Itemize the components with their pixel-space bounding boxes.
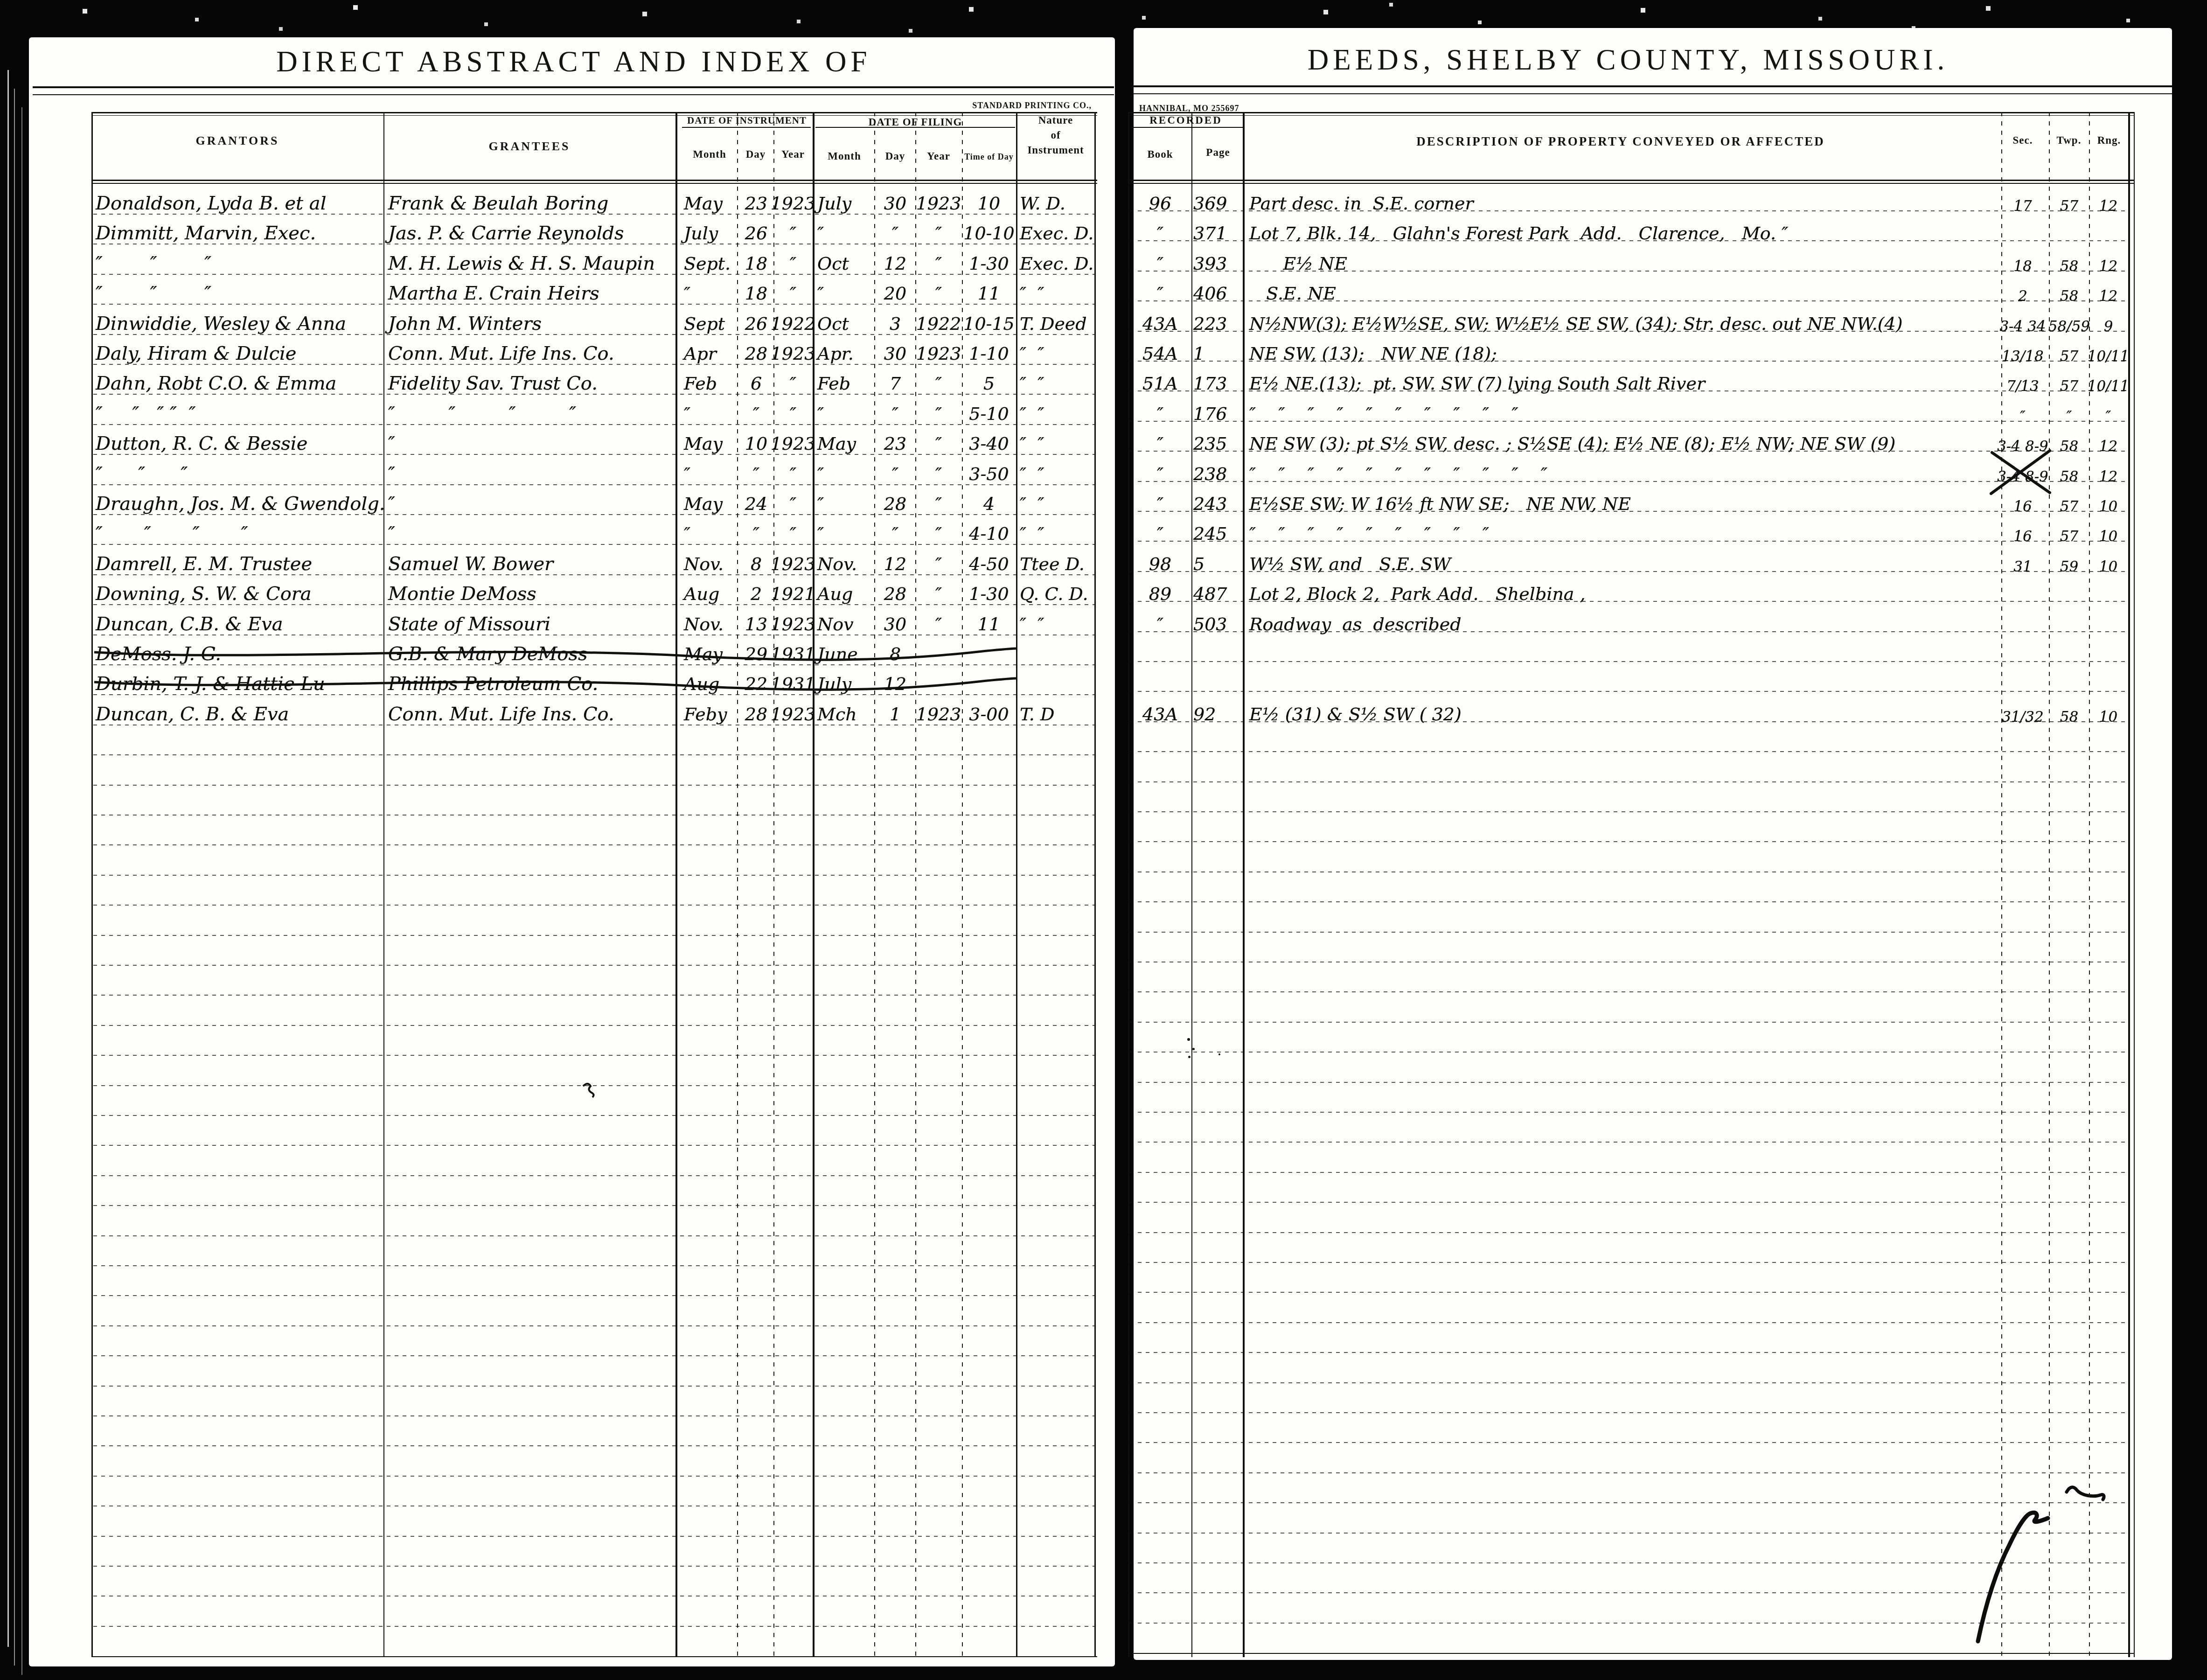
ledger-cell-nature: ″ ″ <box>1020 454 1093 486</box>
row-rule-dashed <box>1130 1262 2126 1263</box>
ledger-cell-grantors: Duncan, C. B. & Eva <box>96 695 382 726</box>
col-header-recorded: RECORDED <box>1129 114 1243 127</box>
ledger-cell-inst_day: 2 <box>739 574 773 606</box>
ledger-cell-file_month: Nov <box>817 605 873 636</box>
ledger-cell-inst_year: 1923 <box>774 334 812 366</box>
ledger-cell-file_month: ″ <box>817 514 873 546</box>
ledger-cell-inst_month: May <box>684 184 737 216</box>
ledger-cell-file_month: Oct <box>817 244 873 276</box>
col-header-nature-line3: Instrument <box>1017 144 1094 157</box>
ledger-cell-grantees: Conn. Mut. Life Ins. Co. <box>388 695 675 726</box>
ledger-cell-nature: Exec. D. <box>1020 244 1093 276</box>
row-rule-dashed <box>93 1596 1095 1596</box>
ledger-cell-time: 10-10 <box>963 214 1015 245</box>
ledger-cell-file_month: Mch <box>817 695 873 726</box>
ledger-cell-file_day: 1 <box>875 695 915 726</box>
column-divider-line <box>737 112 738 1657</box>
ledger-book-spread: DIRECT ABSTRACT AND INDEX OF DEEDS, SHEL… <box>0 0 2207 1680</box>
ledger-cell-file_year: ″ <box>916 214 961 245</box>
row-rule-dashed <box>93 1476 1095 1477</box>
row-rule-dashed <box>93 1145 1095 1146</box>
row-rule-dashed <box>1130 1352 2126 1353</box>
ledger-cell-rng: 12 <box>2089 274 2127 306</box>
ledger-cell-desc: E½ (31) & S½ SW ( 32) <box>1249 695 1994 726</box>
ledger-cell-grantees: Frank & Beulah Boring <box>388 184 675 216</box>
table-rule-line <box>1134 93 2172 94</box>
ledger-cell-page: 487 <box>1193 574 1244 606</box>
ledger-cell-grantees: Martha E. Crain Heirs <box>388 274 675 306</box>
ledger-cell-file_year: 1923 <box>916 184 961 216</box>
ledger-cell-book: 98 <box>1130 544 1191 576</box>
ledger-cell-file_day: ″ <box>875 514 915 546</box>
ledger-cell-page: 238 <box>1193 454 1244 486</box>
ledger-cell-page: 176 <box>1193 394 1244 426</box>
col-header-nature-line1: Nature <box>1017 114 1094 127</box>
row-rule-dashed <box>1130 932 2126 933</box>
ledger-cell-grantors: Dinwiddie, Wesley & Anna <box>96 304 382 336</box>
ledger-cell-desc: ″ ″ ″ ″ ″ ″ ″ ″ ″ ″ <box>1249 394 1994 426</box>
ledger-cell-file_month: ″ <box>817 454 873 486</box>
ledger-cell-file_day: 12 <box>875 544 915 576</box>
row-rule-dashed <box>1130 1172 2126 1173</box>
ledger-cell-time: 11 <box>963 605 1015 636</box>
row-rule-dashed <box>93 1265 1095 1266</box>
ledger-cell-nature: ″ ″ <box>1020 514 1093 546</box>
ink-dot <box>1218 1053 1220 1055</box>
ledger-cell-nature: ″ ″ <box>1020 484 1093 516</box>
ledger-cell-page: 245 <box>1193 514 1244 546</box>
row-rule-dashed <box>93 1025 1095 1026</box>
col-header-inst-year: Year <box>774 147 812 161</box>
ledger-cell-book: 54A <box>1130 334 1191 366</box>
ledger-cell-grantees: ″ <box>388 454 675 486</box>
ledger-cell-grantees: ″ <box>388 514 675 546</box>
ledger-cell-inst_month: Feb <box>684 364 737 396</box>
column-divider-line <box>2134 112 2135 1657</box>
ledger-cell-grantees: Fidelity Sav. Trust Co. <box>388 364 675 396</box>
ledger-cell-inst_year: ″ <box>774 214 812 245</box>
ledger-cell-file_year: ″ <box>916 274 961 306</box>
row-rule-dashed <box>1130 991 2126 992</box>
ledger-cell-twp: 58 <box>2050 695 2089 726</box>
row-rule-dashed <box>93 1415 1095 1416</box>
ledger-cell-book: 43A <box>1130 695 1191 726</box>
ledger-cell-time: 5-10 <box>963 394 1015 426</box>
col-header-description: DESCRIPTION OF PROPERTY CONVEYED OR AFFE… <box>1245 133 1997 149</box>
ink-dot <box>1192 1048 1195 1050</box>
col-header-inst-day: Day <box>739 147 773 161</box>
table-rule-line <box>91 112 1097 113</box>
col-header-file-year: Year <box>916 149 961 163</box>
row-rule-dashed <box>1130 781 2126 782</box>
row-rule-dashed <box>93 935 1095 936</box>
ledger-cell-page: 223 <box>1193 304 1244 336</box>
ledger-cell-inst_day: 10 <box>739 424 773 456</box>
ledger-cell-sec: ″ <box>1997 394 2049 426</box>
ledger-cell-twp: 59 <box>2050 544 2089 576</box>
ledger-cell-inst_month: ″ <box>684 454 737 486</box>
col-header-grantees: GRANTEES <box>383 138 675 155</box>
ledger-cell-grantors: Dimmitt, Marvin, Exec. <box>96 214 382 245</box>
ledger-cell-inst_year: ″ <box>774 484 812 516</box>
ledger-cell-inst_year: 1922 <box>774 304 812 336</box>
ledger-cell-rng: 10 <box>2089 514 2127 546</box>
col-header-date-of-instrument: DATE OF INSTRUMENT <box>682 114 812 127</box>
ledger-cell-file_day: ″ <box>875 454 915 486</box>
table-rule-line <box>91 1656 1097 1657</box>
row-rule-dashed <box>1130 751 2126 752</box>
ledger-cell-file_year: ″ <box>916 364 961 396</box>
ledger-cell-desc: Roadway as described <box>1249 605 1994 636</box>
ledger-cell-twp: 58 <box>2050 424 2089 456</box>
row-rule-dashed <box>1130 1623 2126 1624</box>
table-rule-line <box>1128 1653 2135 1654</box>
ledger-cell-inst_year: ″ <box>774 454 812 486</box>
ledger-cell-file_day: 12 <box>875 244 915 276</box>
row-rule-dashed <box>1130 1533 2126 1534</box>
ledger-cell-file_month: ″ <box>817 394 873 426</box>
ledger-cell-file_month: Oct <box>817 304 873 336</box>
ledger-cell-grantees: John M. Winters <box>388 304 675 336</box>
ledger-cell-inst_month: May <box>684 484 737 516</box>
ledger-cell-inst_month: ″ <box>684 274 737 306</box>
row-rule-dashed <box>93 1055 1095 1056</box>
ledger-cell-grantees: ″ ″ ″ ″ <box>388 394 675 426</box>
ledger-cell-grantors: Duncan, C.B. & Eva <box>96 605 382 636</box>
ledger-cell-inst_year: ″ <box>774 274 812 306</box>
ledger-cell-nature: Ttee D. <box>1020 544 1093 576</box>
col-header-file-month: Month <box>815 149 873 163</box>
ledger-cell-grantees: State of Missouri <box>388 605 675 636</box>
ledger-cell-twp: 57 <box>2050 484 2089 516</box>
ledger-cell-page: 406 <box>1193 274 1244 306</box>
ledger-cell-file_day: 7 <box>875 364 915 396</box>
ledger-cell-inst_year: 1923 <box>774 695 812 726</box>
ledger-cell-grantees: ″ <box>388 424 675 456</box>
column-divider-line <box>1094 112 1096 1657</box>
ledger-cell-grantors: ″ ″ ″ <box>96 244 382 276</box>
row-rule-dashed <box>1130 1382 2126 1383</box>
table-rule-line <box>1128 180 2135 181</box>
ledger-cell-file_day: 30 <box>875 334 915 366</box>
ledger-cell-inst_month: Feby <box>684 695 737 726</box>
ledger-cell-grantors: Dahn, Robt C.O. & Emma <box>96 364 382 396</box>
row-rule-dashed <box>93 1295 1095 1296</box>
ledger-cell-page: 5 <box>1193 544 1244 576</box>
ledger-cell-time: 4 <box>963 484 1015 516</box>
ledger-cell-grantors: ″ ″ ″ ″ <box>96 514 382 546</box>
book-edge-stripe <box>14 89 15 1666</box>
strikethrough-line <box>92 645 1021 666</box>
ledger-cell-file_month: Feb <box>817 364 873 396</box>
ledger-cell-page: 173 <box>1193 364 1244 396</box>
row-rule-dashed <box>1130 661 2126 662</box>
row-rule-dashed <box>1130 1592 2126 1593</box>
col-header-inst-month: Month <box>682 147 737 161</box>
ledger-cell-grantors: Donaldson, Lyda B. et al <box>96 184 382 216</box>
ledger-cell-file_year: ″ <box>916 454 961 486</box>
row-rule-dashed <box>1130 1502 2126 1503</box>
ledger-cell-time: 3-00 <box>963 695 1015 726</box>
ledger-cell-time: 10-15 <box>963 304 1015 336</box>
ledger-cell-book: 89 <box>1130 574 1191 606</box>
col-header-grantors: GRANTORS <box>91 132 383 149</box>
ledger-cell-grantors: Draughn, Jos. M. & Gwendolg. <box>96 484 382 516</box>
ledger-cell-file_day: 3 <box>875 304 915 336</box>
ledger-cell-time: 1-30 <box>963 574 1015 606</box>
ledger-cell-twp: ″ <box>2050 394 2089 426</box>
ledger-cell-desc: Part desc. in S.E. corner <box>1249 184 1994 216</box>
col-header-time-of-day: Time of Day <box>962 150 1016 163</box>
ledger-cell-time: 3-40 <box>963 424 1015 456</box>
ledger-cell-desc: N½NW(3); E½W½SE, SW; W½E½ SE SW, (34); S… <box>1249 304 1994 336</box>
ledger-cell-desc: Lot 7, Blk. 14, Glahn's Forest Park Add.… <box>1249 214 1994 245</box>
ledger-cell-desc: Lot 2, Block 2, Park Add. Shelbina , <box>1249 574 1994 606</box>
col-header-page: Page <box>1192 146 1244 160</box>
row-rule-dashed <box>1130 962 2126 962</box>
ink-dot <box>1187 1038 1190 1041</box>
ledger-cell-inst_month: ″ <box>684 394 737 426</box>
ledger-cell-grantors: ″ ″ ″ <box>96 454 382 486</box>
ledger-cell-file_month: ″ <box>817 274 873 306</box>
row-rule-dashed <box>93 1115 1095 1116</box>
ledger-cell-nature: ″ ″ <box>1020 605 1093 636</box>
col-header-rng: Rng. <box>2089 133 2129 147</box>
ledger-cell-inst_month: ″ <box>684 514 737 546</box>
ledger-cell-grantees: Conn. Mut. Life Ins. Co. <box>388 334 675 366</box>
ledger-cell-nature: T. D <box>1020 695 1093 726</box>
ledger-cell-sec: 16 <box>1997 484 2049 516</box>
ledger-cell-nature: ″ ″ <box>1020 274 1093 306</box>
table-rule-line <box>91 180 1097 181</box>
ledger-cell-page: 393 <box>1193 244 1244 276</box>
ledger-cell-inst_month: Sept <box>684 304 737 336</box>
column-divider-line <box>1191 112 1192 1657</box>
ledger-cell-inst_year: ″ <box>774 514 812 546</box>
ledger-cell-file_day: 23 <box>875 424 915 456</box>
row-rule-dashed <box>1130 1442 2126 1443</box>
ledger-cell-sec: 31 <box>1997 544 2049 576</box>
row-rule-dashed <box>93 815 1095 816</box>
column-divider-line <box>1016 112 1017 1657</box>
ledger-cell-file_year: ″ <box>916 574 961 606</box>
ledger-cell-inst_month: July <box>684 214 737 245</box>
ledger-cell-time: 5 <box>963 364 1015 396</box>
column-divider-line <box>2128 112 2130 1657</box>
ledger-cell-desc: E½SE SW; W 16½ ft NW SE; NE NW, NE <box>1249 484 1994 516</box>
ledger-cell-inst_year: 1923 <box>774 424 812 456</box>
ledger-cell-inst_year: ″ <box>774 394 812 426</box>
ledger-cell-grantees: Jas. P. & Carrie Reynolds <box>388 214 675 245</box>
row-rule-dashed <box>1130 1112 2126 1113</box>
ledger-cell-rng: 10 <box>2089 484 2127 516</box>
ledger-cell-inst_year: ″ <box>774 244 812 276</box>
row-rule-dashed <box>1130 1022 2126 1023</box>
ledger-cell-inst_day: 24 <box>739 484 773 516</box>
ledger-cell-grantors: ″ ″ ″ ″ ″ <box>96 394 382 426</box>
row-rule-dashed <box>1130 1292 2126 1293</box>
row-rule-dashed <box>1130 1562 2126 1563</box>
ledger-cell-inst_month: Sept. <box>684 244 737 276</box>
row-rule-dashed <box>93 1445 1095 1446</box>
ledger-cell-time: 1-10 <box>963 334 1015 366</box>
ledger-cell-page: 369 <box>1193 184 1244 216</box>
ledger-cell-file_month: ″ <box>817 484 873 516</box>
ledger-cell-inst_month: Nov. <box>684 605 737 636</box>
printer-credit-left: STANDARD PRINTING CO., <box>914 100 1092 111</box>
ledger-cell-time: 4-50 <box>963 544 1015 576</box>
ledger-cell-page: 1 <box>1193 334 1244 366</box>
ledger-cell-desc: NE SW, (13); NW NE (18); <box>1249 334 1994 366</box>
row-rule-dashed <box>1130 691 2126 692</box>
ledger-cell-inst_day: 28 <box>739 334 773 366</box>
ledger-cell-nature: ″ ″ <box>1020 334 1093 366</box>
ledger-cell-rng: 9 <box>2089 304 2127 336</box>
ledger-cell-file_year: 1922 <box>916 304 961 336</box>
ledger-cell-page: 235 <box>1193 424 1244 456</box>
ledger-cell-rng: 12 <box>2089 184 2127 216</box>
row-rule-dashed <box>1130 1412 2126 1413</box>
ledger-cell-desc: W½ SW, and S.E. SW <box>1249 544 1994 576</box>
ledger-cell-file_year: ″ <box>916 244 961 276</box>
ledger-cell-inst_month: Aug <box>684 574 737 606</box>
table-rule-line <box>1131 127 1243 128</box>
column-divider-line <box>1128 112 1129 1657</box>
ledger-cell-inst_year: 1921 <box>774 574 812 606</box>
ledger-cell-inst_day: 18 <box>739 274 773 306</box>
ledger-cell-book: ″ <box>1130 394 1191 426</box>
row-rule-dashed <box>93 965 1095 966</box>
column-divider-line <box>91 112 93 1657</box>
table-rule-line <box>91 115 1097 116</box>
column-divider-line <box>383 112 384 1657</box>
row-rule-dashed <box>1130 871 2126 872</box>
ledger-cell-sec: 13/18 <box>1997 334 2049 366</box>
ledger-cell-page: 371 <box>1193 214 1244 245</box>
row-rule-dashed <box>93 995 1095 996</box>
ledger-cell-nature: ″ ″ <box>1020 364 1093 396</box>
ledger-cell-rng: 10/11 <box>2089 334 2127 366</box>
col-header-book: Book <box>1129 147 1191 161</box>
ledger-cell-nature: ″ ″ <box>1020 424 1093 456</box>
ledger-cell-file_month: Aug <box>817 574 873 606</box>
ledger-cell-rng: 12 <box>2089 424 2127 456</box>
ledger-cell-inst_day: 13 <box>739 605 773 636</box>
ledger-cell-sec: 31/32 <box>1997 695 2049 726</box>
ledger-cell-nature: W. D. <box>1020 184 1093 216</box>
ledger-cell-grantors: Daly, Hiram & Dulcie <box>96 334 382 366</box>
row-rule-dashed <box>93 1205 1095 1206</box>
row-rule-dashed <box>93 1325 1095 1326</box>
ledger-cell-rng: 12 <box>2089 244 2127 276</box>
row-rule-dashed <box>93 1506 1095 1506</box>
col-header-twp: Twp. <box>2049 133 2089 147</box>
ledger-cell-page: 503 <box>1193 605 1244 636</box>
row-rule-dashed <box>93 1386 1095 1387</box>
row-rule-dashed <box>93 754 1095 755</box>
ledger-cell-inst_year: 1923 <box>774 605 812 636</box>
ledger-cell-sec: 2 <box>1997 274 2049 306</box>
ledger-cell-desc: S.E. NE <box>1249 274 1994 306</box>
ledger-cell-nature: ″ ″ <box>1020 394 1093 426</box>
ledger-cell-book: 51A <box>1130 364 1191 396</box>
table-rule-line <box>1128 115 2135 116</box>
ledger-cell-sec: 18 <box>1997 244 2049 276</box>
ledger-cell-time: 10 <box>963 184 1015 216</box>
ledger-cell-file_year: 1923 <box>916 695 961 726</box>
ledger-cell-file_month: Nov. <box>817 544 873 576</box>
ledger-cell-desc: ″ ″ ″ ″ ″ ″ ″ ″ ″ <box>1249 514 1994 546</box>
ledger-cell-file_month: May <box>817 424 873 456</box>
col-header-file-day: Day <box>875 149 915 163</box>
ledger-cell-page: 92 <box>1193 695 1244 726</box>
ledger-cell-page: 243 <box>1193 484 1244 516</box>
ledger-cell-file_year: 1923 <box>916 334 961 366</box>
ledger-cell-desc: NE SW (3); pt S½ SW, desc. ; S½SE (4); E… <box>1249 424 1994 456</box>
ledger-cell-inst_day: 26 <box>739 304 773 336</box>
ledger-cell-twp: 57 <box>2050 184 2089 216</box>
ledger-cell-grantors: Downing, S. W. & Cora <box>96 574 382 606</box>
strikethrough-line <box>92 675 1021 696</box>
ledger-cell-inst_day: 26 <box>739 214 773 245</box>
ledger-cell-file_day: 30 <box>875 605 915 636</box>
ledger-cell-grantees: Samuel W. Bower <box>388 544 675 576</box>
pen-stroke-bottom-right <box>1950 1465 2146 1666</box>
ledger-cell-twp: 57 <box>2050 334 2089 366</box>
ledger-cell-desc: E½ NE.(13); pt. SW. SW (7) lying South S… <box>1249 364 1994 396</box>
ledger-cell-book: ″ <box>1130 424 1191 456</box>
ledger-cell-inst_year: 1923 <box>774 184 812 216</box>
ledger-cell-inst_day: ″ <box>739 454 773 486</box>
row-rule-dashed <box>1130 901 2126 902</box>
ledger-cell-rng: 12 <box>2089 454 2127 486</box>
ledger-cell-grantors: Damrell, E. M. Trustee <box>96 544 382 576</box>
ledger-cell-file_day: 28 <box>875 484 915 516</box>
ledger-cell-inst_day: ″ <box>739 394 773 426</box>
left-page-title: DIRECT ABSTRACT AND INDEX OF <box>196 43 952 80</box>
row-rule-dashed <box>93 1566 1095 1567</box>
ledger-cell-grantees: Montie DeMoss <box>388 574 675 606</box>
ledger-cell-inst_day: 28 <box>739 695 773 726</box>
row-rule-dashed <box>93 875 1095 876</box>
scan-noise <box>0 0 2 2</box>
row-rule-dashed <box>93 905 1095 906</box>
ledger-cell-inst_day: ″ <box>739 514 773 546</box>
ledger-cell-nature: Q. C. D. <box>1020 574 1093 606</box>
book-edge-stripe <box>7 70 9 1647</box>
row-rule-dashed <box>93 844 1095 845</box>
ledger-cell-file_day: 20 <box>875 274 915 306</box>
table-rule-line <box>33 94 1114 95</box>
ledger-cell-sec: 17 <box>1997 184 2049 216</box>
ledger-cell-twp: 57 <box>2050 364 2089 396</box>
ledger-cell-time: 4-10 <box>963 514 1015 546</box>
row-rule-dashed <box>1130 1082 2126 1083</box>
ledger-cell-sec: 3-4 34 <box>1997 304 2049 336</box>
table-rule-line <box>33 86 1114 88</box>
ledger-cell-desc: E½ NE <box>1249 244 1994 276</box>
ledger-cell-file_year: ″ <box>916 484 961 516</box>
ledger-cell-book: ″ <box>1130 274 1191 306</box>
ledger-cell-inst_month: May <box>684 424 737 456</box>
ledger-cell-desc: ″ ″ ″ ″ ″ ″ ″ ″ ″ ″ ″ <box>1249 454 1994 486</box>
ledger-cell-twp: 58 <box>2050 244 2089 276</box>
ledger-cell-grantees: ″ <box>388 484 675 516</box>
row-rule-dashed <box>93 1626 1095 1627</box>
ledger-cell-book: 96 <box>1130 184 1191 216</box>
right-page-title: DEEDS, SHELBY COUNTY, MISSOURI. <box>1250 41 2006 78</box>
row-rule-dashed <box>1130 1142 2126 1143</box>
